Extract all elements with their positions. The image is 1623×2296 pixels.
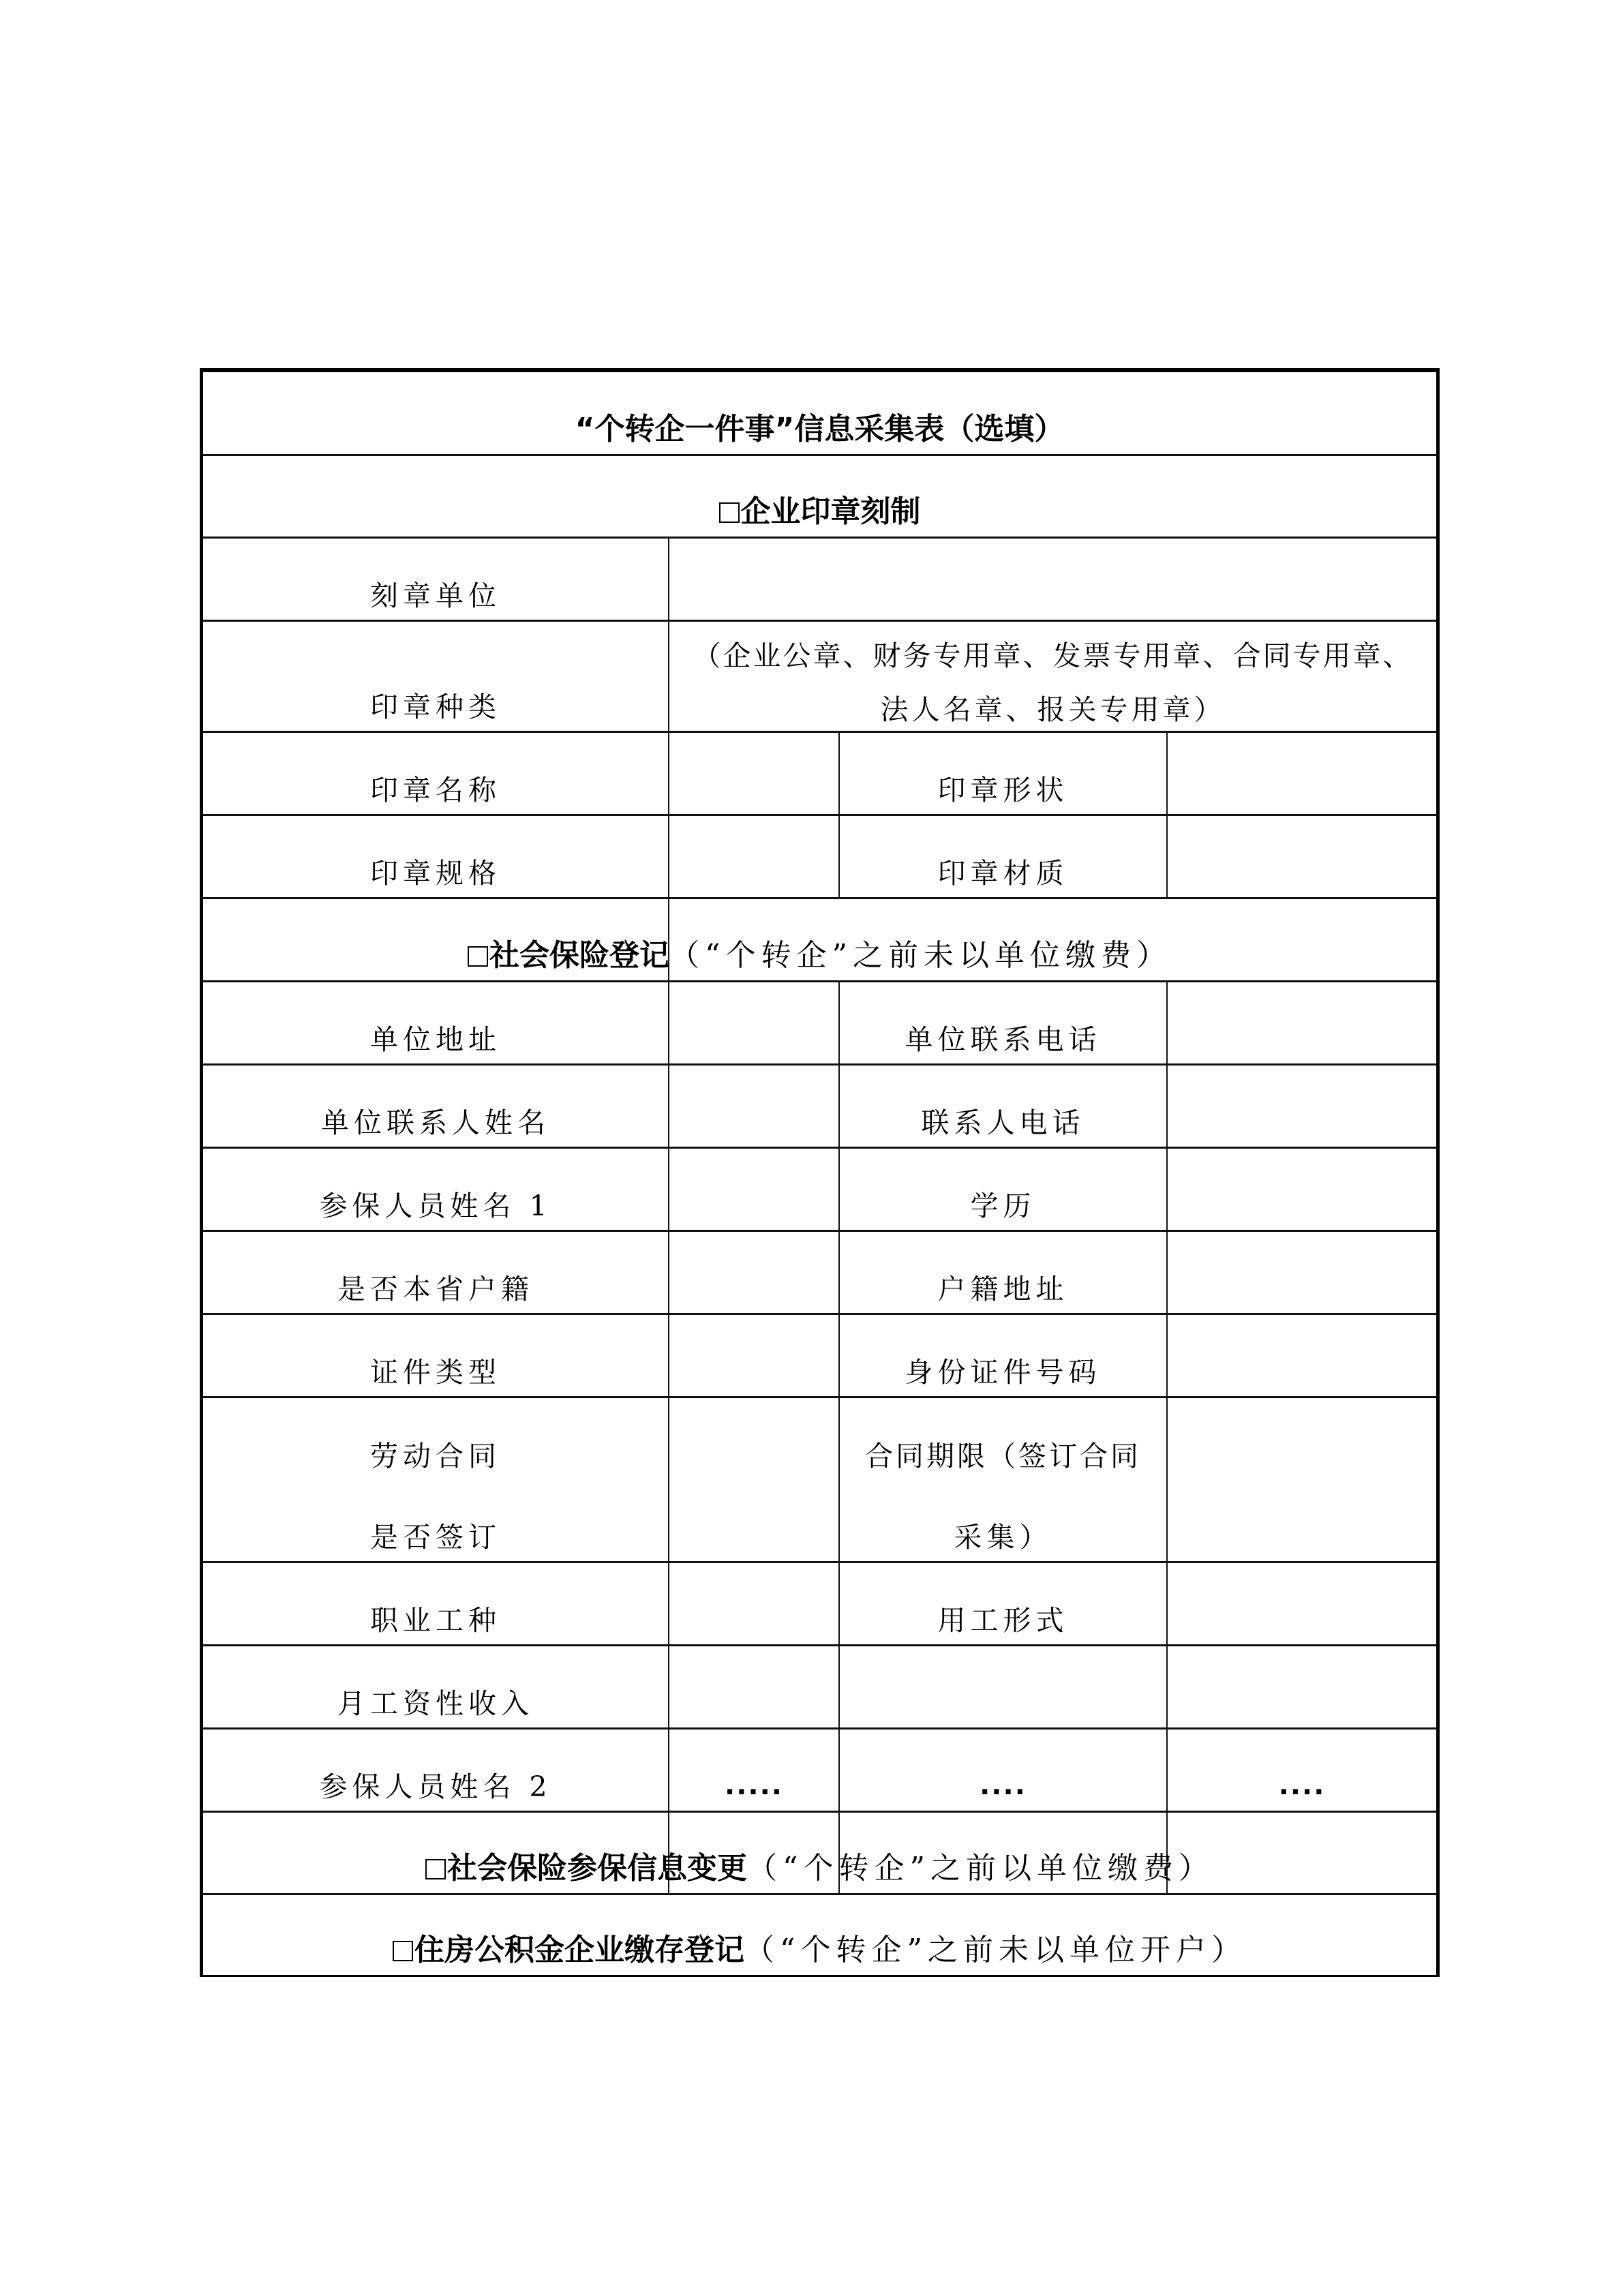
seal-type-options-line2: 法人名章、报关专用章） [881,696,1226,724]
section-seal-label: 企业印章刻制 [741,494,921,529]
label-education: 学历 [840,1149,1166,1230]
ellipsis-cell: .... [840,1729,1166,1811]
label-unit-phone: 单位联系电话 [840,982,1166,1063]
checkbox-social-insurance[interactable] [468,946,488,967]
label-contract-signed: 劳动合同 是否签订 [203,1398,668,1561]
input-seal-material[interactable] [1168,816,1436,897]
input-unit-phone[interactable] [1168,982,1436,1063]
section-social-insurance-change: 社会保险参保信息变更（“个转企”之前以单位缴费） [203,1813,1436,1893]
ellipsis-input-cell[interactable]: .... [1168,1729,1436,1811]
input-hukou-address[interactable] [1168,1232,1436,1313]
label-occupation: 职业工种 [203,1563,668,1644]
label-contact-phone: 联系人电话 [840,1066,1166,1147]
section-social-insurance-change-note: （“个转企”之前以单位缴费） [747,1851,1214,1886]
input-id-number[interactable] [1168,1315,1436,1396]
label-id-type: 证件类型 [203,1315,668,1396]
section-social-insurance-note: （“个转企”之前未以单位缴费） [669,938,1172,973]
document-page: “个转企一件事”信息采集表（选填） 企业印章刻制 刻章单位 印章种类 （企业公章… [0,0,1623,2296]
label-insured-name-2: 参保人员姓名 2 [203,1729,668,1811]
input-unit-address[interactable] [669,982,838,1063]
section-housing-fund-note: （“个转企”之前未以单位开户） [744,1933,1247,1967]
input-carving-unit[interactable] [669,539,1436,620]
label-seal-type: 印章种类 [203,622,668,731]
section-social-insurance: 社会保险登记（“个转企”之前未以单位缴费） [203,899,1436,980]
label-seal-shape: 印章形状 [840,733,1166,814]
label-seal-name: 印章名称 [203,733,668,814]
input-contract-signed[interactable] [669,1398,838,1561]
input-monthly-income[interactable] [669,1646,1436,1727]
section-housing-fund: 住房公积金企业缴存登记（“个转企”之前未以单位开户） [203,1895,1436,1975]
label-employment-form: 用工形式 [840,1563,1166,1644]
label-hukou-address: 户籍地址 [840,1232,1166,1313]
label-seal-spec: 印章规格 [203,816,668,897]
input-insured-name-2[interactable]: ..... [669,1729,838,1811]
label-contact-name: 单位联系人姓名 [203,1066,668,1147]
table-title: “个转企一件事”信息采集表（选填） [575,414,1065,444]
label-id-number: 身份证件号码 [840,1315,1166,1396]
checkbox-seal-carving[interactable] [719,502,740,523]
input-education[interactable] [1168,1149,1436,1230]
checkbox-housing-fund[interactable] [393,1941,413,1961]
input-employment-form[interactable] [1168,1563,1436,1644]
input-insured-name-1[interactable] [669,1149,838,1230]
input-occupation[interactable] [669,1563,838,1644]
label-monthly-income: 月工资性收入 [203,1646,668,1727]
input-contract-term[interactable] [1168,1398,1436,1561]
label-local-hukou: 是否本省户籍 [203,1232,668,1313]
input-local-hukou[interactable] [669,1232,838,1313]
seal-type-options: （企业公章、财务专用章、发票专用章、合同专用章、 法人名章、报关专用章） [669,622,1436,731]
section-seal-carving: 企业印章刻制 [203,456,1436,537]
table-border-bottom [200,1975,1440,1977]
section-social-insurance-label: 社会保险登记 [489,938,669,973]
section-housing-fund-label: 住房公积金企业缴存登记 [414,1933,744,1967]
input-seal-shape[interactable] [1168,733,1436,814]
label-unit-address: 单位地址 [203,982,668,1063]
input-id-type[interactable] [669,1315,838,1396]
label-seal-material: 印章材质 [840,816,1166,897]
section-social-insurance-change-label: 社会保险参保信息变更 [447,1851,747,1886]
table-border-right [1436,368,1440,1977]
input-seal-spec[interactable] [669,816,838,897]
label-carving-unit: 刻章单位 [203,539,668,620]
checkbox-social-insurance-change[interactable] [425,1859,446,1879]
info-collection-table: “个转企一件事”信息采集表（选填） 企业印章刻制 刻章单位 印章种类 （企业公章… [200,368,1440,1977]
input-seal-name[interactable] [669,733,838,814]
label-contract-term: 合同期限（签订合同 采集） [840,1398,1166,1561]
seal-type-options-line1: （企业公章、财务专用章、发票专用章、合同专用章、 [693,642,1413,670]
table-title-cell: “个转企一件事”信息采集表（选填） [203,372,1436,454]
input-contact-phone[interactable] [1168,1066,1436,1147]
label-insured-name-1: 参保人员姓名 1 [203,1149,668,1230]
input-contact-name[interactable] [669,1066,838,1147]
